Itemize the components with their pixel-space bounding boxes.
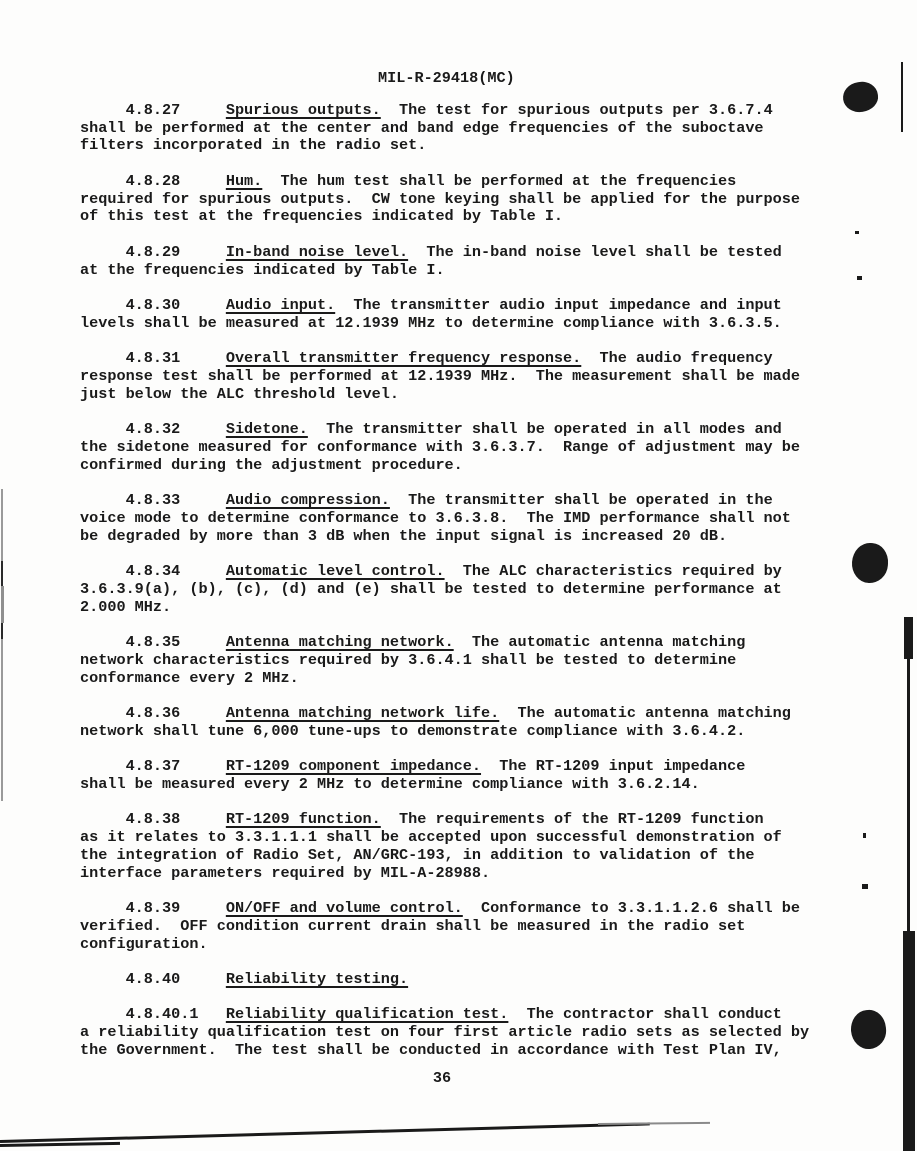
- text-line: shall be measured every 2 MHz to determi…: [80, 776, 809, 794]
- scanned-document-page: MIL-R-29418(MC) 4.8.27 Spurious outputs.…: [0, 0, 917, 1151]
- paragraph-title: Reliability qualification test.: [226, 1005, 509, 1023]
- text-line: required for spurious outputs. CW tone k…: [80, 191, 809, 209]
- paragraph-4.8.37: 4.8.37 RT-1209 component impedance. The …: [80, 758, 809, 793]
- paragraph-title: Spurious outputs.: [226, 101, 381, 119]
- text-line: 4.8.33 Audio compression. The transmitte…: [80, 492, 809, 510]
- paragraph-title: Sidetone.: [226, 420, 308, 438]
- text-line: 4.8.38 RT-1209 function. The requirement…: [80, 811, 809, 829]
- text-line: 4.8.37 RT-1209 component impedance. The …: [80, 758, 809, 776]
- page-number: 36: [0, 1069, 884, 1087]
- paragraph-title: In-band noise level.: [226, 243, 408, 261]
- text-line: 4.8.36 Antenna matching network life. Th…: [80, 705, 809, 723]
- paragraph-title: Antenna matching network life.: [226, 704, 499, 722]
- text-line: 4.8.40 Reliability testing.: [80, 971, 809, 989]
- paragraph-title: Antenna matching network.: [226, 633, 454, 651]
- text-line: 4.8.35 Antenna matching network. The aut…: [80, 634, 809, 652]
- text-line: just below the ALC threshold level.: [80, 386, 809, 404]
- text-line: 4.8.40.1 Reliability qualification test.…: [80, 1006, 809, 1024]
- text-line: response test shall be performed at 12.1…: [80, 368, 809, 386]
- scan-bottom-line: [0, 1122, 650, 1143]
- paragraph-4.8.28: 4.8.28 Hum. The hum test shall be perfor…: [80, 173, 809, 226]
- text-line: conformance every 2 MHz.: [80, 670, 809, 688]
- paragraph-title: RT-1209 function.: [226, 810, 381, 828]
- paragraph-title: Overall transmitter frequency response.: [226, 349, 581, 367]
- text-line: 4.8.27 Spurious outputs. The test for sp…: [80, 102, 809, 120]
- text-line: interface parameters required by MIL-A-2…: [80, 865, 809, 883]
- paragraph-4.8.34: 4.8.34 Automatic level control. The ALC …: [80, 563, 809, 616]
- paragraph-4.8.30: 4.8.30 Audio input. The transmitter audi…: [80, 297, 809, 332]
- paragraph-4.8.36: 4.8.36 Antenna matching network life. Th…: [80, 705, 809, 740]
- text-line: the integration of Radio Set, AN/GRC-193…: [80, 847, 809, 865]
- text-line: be degraded by more than 3 dB when the i…: [80, 528, 809, 546]
- scan-edge-line-left-1: [1, 489, 3, 561]
- text-line: voice mode to determine conformance to 3…: [80, 510, 809, 528]
- scan-speck-3: [863, 833, 866, 838]
- scan-speck-1: [855, 231, 859, 234]
- text-line: 4.8.28 Hum. The hum test shall be perfor…: [80, 173, 809, 191]
- scan-edge-line-left-2: [1, 561, 3, 586]
- paragraph-title: Reliability testing.: [226, 970, 408, 988]
- scan-bottom-line-tail: [598, 1122, 710, 1125]
- scan-edge-bar-right-lower: [903, 931, 915, 1151]
- text-line: filters incorporated in the radio set.: [80, 137, 809, 155]
- scan-edge-bar-right-upper: [904, 617, 913, 659]
- paragraph-4.8.27: 4.8.27 Spurious outputs. The test for sp…: [80, 102, 809, 155]
- paragraph-4.8.31: 4.8.31 Overall transmitter frequency res…: [80, 350, 809, 403]
- paragraph-4.8.40.1: 4.8.40.1 Reliability qualification test.…: [80, 1006, 809, 1059]
- document-header: MIL-R-29418(MC): [378, 69, 515, 87]
- text-line: shall be performed at the center and ban…: [80, 120, 809, 138]
- paragraph-4.8.32: 4.8.32 Sidetone. The transmitter shall b…: [80, 421, 809, 474]
- text-line: configuration.: [80, 936, 809, 954]
- text-line: confirmed during the adjustment procedur…: [80, 457, 809, 475]
- scan-bottom-line-left-chunk: [0, 1142, 120, 1147]
- text-line: levels shall be measured at 12.1939 MHz …: [80, 315, 809, 333]
- paragraph-title: Automatic level control.: [226, 562, 445, 580]
- paragraph-title: Audio input.: [226, 296, 335, 314]
- text-line: verified. OFF condition current drain sh…: [80, 918, 809, 936]
- text-line: the sidetone measured for conformance wi…: [80, 439, 809, 457]
- text-line: the Government. The test shall be conduc…: [80, 1042, 809, 1060]
- scan-edge-line-right-middle: [907, 659, 910, 931]
- paragraph-title: RT-1209 component impedance.: [226, 757, 481, 775]
- punch-dot-bottom: [849, 1009, 887, 1051]
- text-line: as it relates to 3.3.1.1.1 shall be acce…: [80, 829, 809, 847]
- text-line: 4.8.39 ON/OFF and volume control. Confor…: [80, 900, 809, 918]
- paragraph-title: Audio compression.: [226, 491, 390, 509]
- text-line: at the frequencies indicated by Table I.: [80, 262, 809, 280]
- text-line: 4.8.31 Overall transmitter frequency res…: [80, 350, 809, 368]
- paragraph-4.8.39: 4.8.39 ON/OFF and volume control. Confor…: [80, 900, 809, 953]
- punch-dot-top: [841, 80, 880, 115]
- scan-edge-line-left-4: [1, 623, 3, 639]
- paragraph-4.8.29: 4.8.29 In-band noise level. The in-band …: [80, 244, 809, 279]
- text-line: 4.8.32 Sidetone. The transmitter shall b…: [80, 421, 809, 439]
- text-line: network characteristics required by 3.6.…: [80, 652, 809, 670]
- scan-edge-line-left-3: [1, 586, 4, 623]
- text-line: 4.8.34 Automatic level control. The ALC …: [80, 563, 809, 581]
- paragraph-4.8.33: 4.8.33 Audio compression. The transmitte…: [80, 492, 809, 545]
- paragraph-4.8.35: 4.8.35 Antenna matching network. The aut…: [80, 634, 809, 687]
- punch-dot-middle: [851, 542, 890, 584]
- text-line: network shall tune 6,000 tune-ups to dem…: [80, 723, 809, 741]
- text-line: of this test at the frequencies indicate…: [80, 208, 809, 226]
- paragraph-4.8.40: 4.8.40 Reliability testing.: [80, 971, 809, 989]
- paragraph-title: ON/OFF and volume control.: [226, 899, 463, 917]
- text-line: 3.6.3.9(a), (b), (c), (d) and (e) shall …: [80, 581, 809, 599]
- text-line: a reliability qualification test on four…: [80, 1024, 809, 1042]
- scan-edge-line-top-right: [901, 62, 903, 132]
- paragraph-title: Hum.: [226, 172, 262, 190]
- text-line: 2.000 MHz.: [80, 599, 809, 617]
- scan-speck-2: [857, 276, 862, 280]
- document-body: 4.8.27 Spurious outputs. The test for sp…: [80, 102, 809, 1077]
- text-line: 4.8.29 In-band noise level. The in-band …: [80, 244, 809, 262]
- scan-edge-line-left-5: [1, 639, 3, 801]
- text-line: 4.8.30 Audio input. The transmitter audi…: [80, 297, 809, 315]
- paragraph-4.8.38: 4.8.38 RT-1209 function. The requirement…: [80, 811, 809, 882]
- scan-speck-4: [862, 884, 868, 889]
